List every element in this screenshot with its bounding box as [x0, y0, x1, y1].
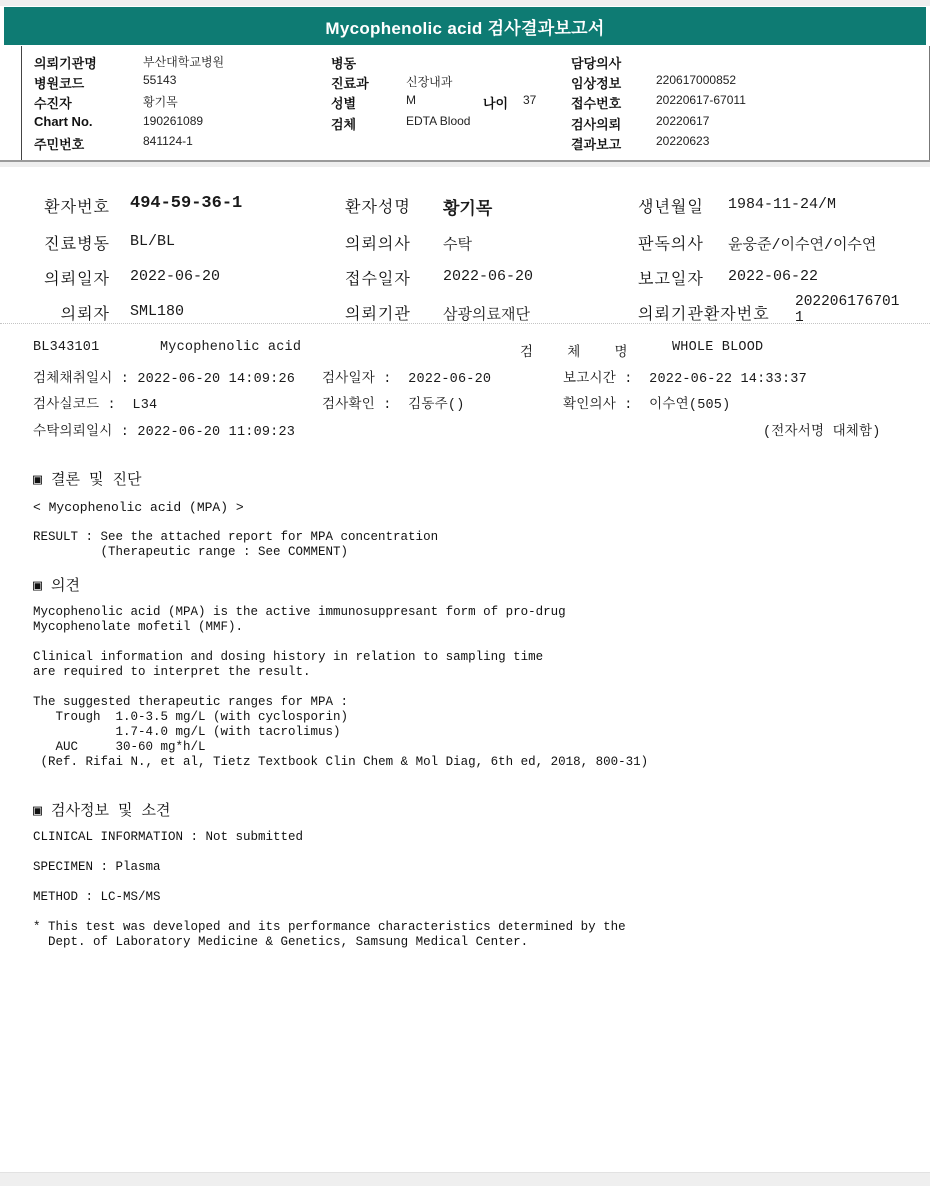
conclusion-section-title: ▣ 결론 및 진단 — [33, 468, 142, 489]
report-title: Mycophenolic acid 검사결과보고서 — [325, 14, 604, 39]
bottom-gray-strip — [0, 1172, 930, 1186]
specimen-name-label: 검 체 명 — [520, 340, 634, 361]
info-value: 20220617-67011 — [656, 93, 746, 107]
request-org-value: 삼광의료재단 — [443, 303, 530, 324]
test-date: 검사일자 : 2022-06-20 — [322, 366, 491, 387]
patient-label: 의뢰자 — [20, 301, 110, 324]
referral-datetime: 수탁의뢰일시 : 2022-06-20 11:09:23 — [33, 419, 295, 440]
developed-test-note: * This test was developed and its perfor… — [33, 920, 626, 950]
info-label: 접수번호 — [571, 93, 621, 112]
info-label: 주민번호 — [34, 134, 84, 153]
lab-code: 검사실코드 : L34 — [33, 392, 157, 413]
patient-label: 판독의사 — [638, 231, 704, 254]
section-separator — [0, 160, 930, 167]
specimen-line: SPECIMEN : Plasma — [33, 860, 161, 875]
reading-doctor-value: 윤웅준/이수연/이수연 — [728, 233, 876, 254]
age-label: 나이 — [483, 93, 508, 112]
specimen-name-value: WHOLE BLOOD — [672, 340, 763, 355]
requesting-doctor-value: 수탁 — [443, 233, 472, 254]
info-label: 임상정보 — [571, 73, 621, 92]
opinion-section-title: ▣ 의견 — [33, 574, 80, 595]
info-label: 진료과 — [331, 73, 369, 92]
therapeutic-ranges-text: The suggested therapeutic ranges for MPA… — [33, 695, 648, 770]
test-name: Mycophenolic acid — [160, 340, 301, 355]
dotted-separator — [0, 323, 930, 324]
patient-label: 생년월일 — [638, 194, 704, 217]
info-value: 부산대학교병원 — [143, 53, 224, 70]
info-value: M — [406, 93, 416, 107]
patient-label: 의뢰기관 — [345, 301, 411, 324]
test-code: BL343101 — [33, 340, 99, 355]
ward-value: BL/BL — [130, 233, 175, 250]
patient-label: 의뢰기관환자번호 — [638, 301, 770, 324]
confirming-doctor: 확인의사 : 이수연(505) — [563, 392, 730, 413]
age-value: 37 — [523, 93, 536, 107]
patient-number: 494-59-36-1 — [130, 194, 242, 213]
patient-label: 환자번호 — [20, 194, 110, 217]
info-label: 성별 — [331, 93, 356, 112]
info-label: 검체 — [331, 114, 356, 133]
info-label: 담당의사 — [571, 53, 621, 72]
info-label: 병동 — [331, 53, 356, 72]
opinion-paragraph-1: Mycophenolic acid (MPA) is the active im… — [33, 605, 566, 635]
test-info-section-title: ▣ 검사정보 및 소견 — [33, 799, 170, 820]
receipt-date-value: 2022-06-20 — [443, 268, 533, 285]
esignature-note: (전자서명 대체함) — [763, 419, 881, 440]
collection-datetime: 검체채취일시 : 2022-06-20 14:09:26 — [33, 366, 295, 387]
report-date-value: 2022-06-22 — [728, 268, 818, 285]
top-gray-strip — [0, 0, 930, 6]
info-value: 신장내과 — [406, 73, 452, 90]
info-label: 의뢰기관명 — [34, 53, 97, 72]
patient-label: 의뢰일자 — [20, 266, 110, 289]
report-header-bar: Mycophenolic acid 검사결과보고서 — [4, 7, 926, 45]
patient-name: 황기목 — [443, 194, 492, 220]
info-label: 수진자 — [34, 93, 72, 112]
patient-label: 환자성명 — [345, 194, 411, 217]
info-label: 검사의뢰 — [571, 114, 621, 133]
method-line: METHOD : LC-MS/MS — [33, 890, 161, 905]
info-value: 841124-1 — [143, 134, 193, 148]
report-time: 보고시간 : 2022-06-22 14:33:37 — [563, 366, 807, 387]
info-value: 20220623 — [656, 134, 709, 148]
info-value: 190261089 — [143, 114, 203, 128]
info-label: Chart No. — [34, 114, 93, 129]
patient-label: 보고일자 — [638, 266, 704, 289]
info-value: EDTA Blood — [406, 114, 470, 128]
info-value: 20220617 — [656, 114, 709, 128]
opinion-paragraph-2: Clinical information and dosing history … — [33, 650, 543, 680]
org-patient-number-value: 2022061767011 — [795, 294, 901, 326]
test-header-line: < Mycophenolic acid (MPA) > — [33, 500, 244, 515]
result-text: RESULT : See the attached report for MPA… — [33, 530, 438, 560]
test-verifier: 검사확인 : 김동주() — [322, 392, 465, 413]
birthdate-value: 1984-11-24/M — [728, 196, 836, 213]
requester-value: SML180 — [130, 303, 184, 320]
info-value: 55143 — [143, 73, 176, 87]
institution-info-block: 의뢰기관명부산대학교병원 병원코드55143 수진자황기목 Chart No.1… — [21, 46, 930, 162]
info-label: 병원코드 — [34, 73, 84, 92]
info-value: 황기목 — [143, 93, 178, 110]
report-page: Mycophenolic acid 검사결과보고서 의뢰기관명부산대학교병원 병… — [0, 0, 930, 1186]
info-value: 220617000852 — [656, 73, 736, 87]
clinical-information-line: CLINICAL INFORMATION : Not submitted — [33, 830, 303, 845]
patient-label: 의뢰의사 — [345, 231, 411, 254]
request-date-value: 2022-06-20 — [130, 268, 220, 285]
patient-label: 진료병동 — [20, 231, 110, 254]
patient-label: 접수일자 — [345, 266, 411, 289]
info-label: 결과보고 — [571, 134, 621, 153]
